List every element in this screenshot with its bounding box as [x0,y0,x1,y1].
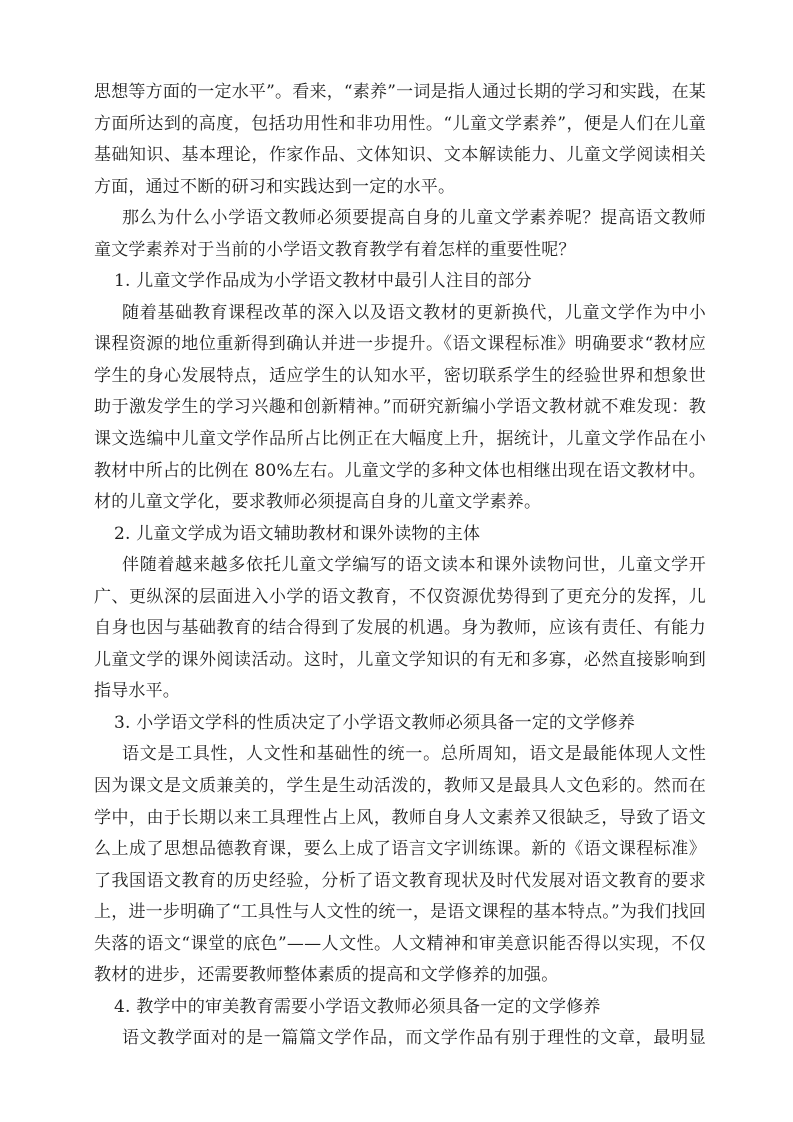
text-line: 因为课文是文质兼美的，学生是生动活泼的，教师又是最具人文色彩的。然而在实际教 [94,771,706,803]
text-line: 教材的进步，还需要教师整体素质的提高和文学修养的加强。 [94,960,706,992]
heading-line: 3. 小学语文学科的性质决定了小学语文教师必须具备一定的文学修养 [94,708,706,740]
heading-line: 4. 教学中的审美教育需要小学语文教师必须具备一定的文学修养 [94,992,706,1024]
text-line: 随着基础教育课程改革的深入以及语文教材的更新换代，儿童文学作为中小学语文 [94,298,706,330]
section-heading: 1. 儿童文学作品成为小学语文教材中最引人注目的部分 [94,266,706,298]
paragraph: 语文是工具性，人文性和基础性的统一。总所周知，语文是最能体现人文性的学科，因为课… [94,739,706,991]
section-heading: 4. 教学中的审美教育需要小学语文教师必须具备一定的文学修养 [94,992,706,1024]
text-column: 思想等方面的一定水平”。看来，“素养”一词是指人通过长期的学习和实践，在某一方面… [94,77,706,1055]
paragraph: 伴随着越来越多依托儿童文学编写的语文读本和课外读物问世，儿童文学开始从更广、更纵… [94,550,706,708]
text-line: 上，进一步明确了“工具性与人文性的统一，是语文课程的基本特点。”为我们找回了 [94,897,706,929]
section-heading: 3. 小学语文学科的性质决定了小学语文教师必须具备一定的文学修养 [94,708,706,740]
text-line: 基础知识、基本理论，作家作品、文体知识、文本解读能力、儿童文学阅读相关理念等 [94,140,706,172]
text-line: 语文是工具性，人文性和基础性的统一。总所周知，语文是最能体现人文性的学科， [94,739,706,771]
paragraph: 思想等方面的一定水平”。看来，“素养”一词是指人通过长期的学习和实践，在某一方面… [94,77,706,203]
text-line: 自身也因与基础教育的结合得到了发展的机遇。身为教师，应该有责任、有能力来指导 [94,613,706,645]
text-line: 学中，由于长期以来工具理性占上风，教师自身人文素养又很缺乏，导致了语文教学要 [94,803,706,835]
text-line: 童文学素养对于当前的小学语文教育教学有着怎样的重要性呢？ [94,235,706,267]
section-heading: 2. 儿童文学成为语文辅助教材和课外读物的主体 [94,519,706,551]
text-line: 指导水平。 [94,676,706,708]
paragraph: 随着基础教育课程改革的深入以及语文教材的更新换代，儿童文学作为中小学语文课程资源… [94,298,706,519]
text-line: 广、更纵深的层面进入小学的语文教育，不仅资源优势得到了更充分的发挥，儿童文学 [94,582,706,614]
heading-line: 1. 儿童文学作品成为小学语文教材中最引人注目的部分 [94,266,706,298]
text-line: 教材中所占的比例在 80%左右。儿童文学的多种文体也相继出现在语文教材中。语文教 [94,456,706,488]
text-line: 方面所达到的高度，包括功用性和非功用性。“儿童文学素养”，便是人们在儿童文学 [94,109,706,141]
heading-line: 2. 儿童文学成为语文辅助教材和课外读物的主体 [94,519,706,551]
text-line: 学生的身心发展特点，适应学生的认知水平，密切联系学生的经验世界和想象世界，有 [94,361,706,393]
text-line: 么上成了思想品德教育课，要么上成了语言文字训练课。新的《语文课程标准》在总结 [94,834,706,866]
text-line: 失落的语文“课堂的底色”——人文性。人文精神和审美意识能否得以实现，不仅在于 [94,929,706,961]
text-line: 语文教学面对的是一篇篇文学作品，而文学作品有别于理性的文章，最明显的特点 [94,1023,706,1055]
text-line: 材的儿童文学化，要求教师必须提高自身的儿童文学素养。 [94,487,706,519]
text-line: 思想等方面的一定水平”。看来，“素养”一词是指人通过长期的学习和实践，在某一 [94,77,706,109]
paragraph: 语文教学面对的是一篇篇文学作品，而文学作品有别于理性的文章，最明显的特点 [94,1023,706,1055]
text-line: 儿童文学的课外阅读活动。这时，儿童文学知识的有无和多寡，必然直接影响到教师的 [94,645,706,677]
text-line: 了我国语文教育的历史经验，分析了语文教育现状及时代发展对语文教育的要求的基础 [94,866,706,898]
paragraph: 那么为什么小学语文教师必须要提高自身的儿童文学素养呢？提高语文教师的儿童文学素养… [94,203,706,266]
text-line: 伴随着越来越多依托儿童文学编写的语文读本和课外读物问世，儿童文学开始从更 [94,550,706,582]
document-page: 思想等方面的一定水平”。看来，“素养”一词是指人通过长期的学习和实践，在某一方面… [0,0,793,1122]
text-line: 那么为什么小学语文教师必须要提高自身的儿童文学素养呢？提高语文教师的儿 [94,203,706,235]
text-line: 方面，通过不断的研习和实践达到一定的水平。 [94,172,706,204]
text-line: 课程资源的地位重新得到确认并进一步提升。《语文课程标准》明确要求“教材应符合 [94,329,706,361]
text-line: 助于激发学生的学习兴趣和创新精神。”而研究新编小学语文教材就不难发现：教材的 [94,392,706,424]
text-line: 课文选编中儿童文学作品所占比例正在大幅度上升，据统计，儿童文学作品在小学语文 [94,424,706,456]
